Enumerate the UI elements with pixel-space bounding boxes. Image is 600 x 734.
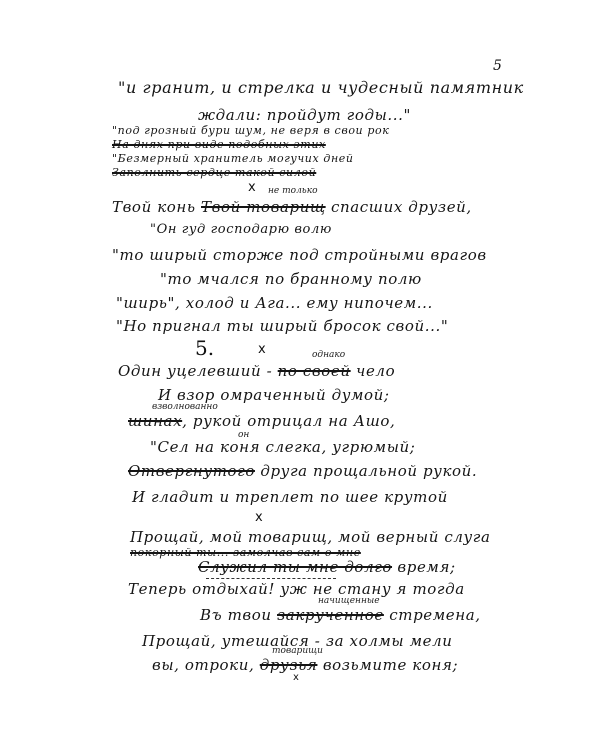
manuscript-line: "Но пригнал ты ширый бросок свой..." bbox=[116, 317, 448, 335]
page-number: 5 bbox=[493, 58, 502, 74]
line-fragment: "Сел на коня bbox=[150, 438, 260, 456]
line-fragment: слегка, угрюмый; bbox=[266, 438, 416, 456]
manuscript-line: Твой конь Твой товарищ спасших друзей, bbox=[112, 198, 472, 216]
cross-mark: x bbox=[248, 180, 256, 195]
manuscript-line: вы, отроки, друзья возьмите коня; bbox=[152, 656, 458, 674]
struck-fragment: Твой товарищ bbox=[201, 198, 326, 216]
line-fragment: спасших друзей, bbox=[331, 198, 472, 216]
line-fragment: возьмите коня; bbox=[323, 656, 458, 674]
struck-fragment: закрученное bbox=[277, 606, 384, 624]
dashed-underline bbox=[206, 578, 336, 579]
manuscript-line: "Сел на коня слегка, угрюмый; bbox=[150, 438, 415, 456]
cross-mark: x bbox=[258, 342, 266, 357]
struck-fragment: Отвергнутого bbox=[128, 462, 255, 480]
line-fragment: чело bbox=[356, 362, 395, 380]
interlinear-insertion: начищенные bbox=[318, 596, 380, 606]
manuscript-line: Служил ты мне долго время; bbox=[198, 558, 456, 576]
manuscript-line: "Безмерный хранитель могучих дней bbox=[112, 152, 354, 165]
struck-fragment: друзья bbox=[260, 656, 318, 674]
manuscript-line: "то ширый сторже под стройными врагов bbox=[112, 246, 487, 264]
struck-line: На днях при виде подобных этих bbox=[112, 138, 326, 151]
line-fragment: Твой конь bbox=[112, 198, 196, 216]
manuscript-line: "то мчался по бранному полю bbox=[160, 270, 422, 288]
manuscript-line: Въ твои закрученное стремена, bbox=[200, 606, 481, 624]
struck-line: Заполнить сердце такой силой bbox=[112, 166, 316, 179]
line-fragment: друга прощальной рукой. bbox=[260, 462, 477, 480]
manuscript-page: 5 "и гранит, и стрелка и чудесный памятн… bbox=[0, 0, 600, 734]
cross-mark: x bbox=[255, 510, 263, 525]
manuscript-line: "под грозный бури шум, не веря в свои ро… bbox=[112, 124, 389, 137]
struck-fragment: шинах bbox=[128, 412, 182, 430]
manuscript-line: ждали: пройдут годы..." bbox=[198, 106, 411, 124]
manuscript-line: Один уцелевший - по своей чело bbox=[118, 362, 395, 380]
line-fragment: Въ твои bbox=[200, 606, 272, 624]
manuscript-line: Прощай, мой товарищ, мой верный слуга bbox=[130, 528, 491, 546]
section-number: 5. bbox=[195, 336, 214, 360]
interlinear-insertion: не только bbox=[268, 186, 318, 196]
struck-fragment: по своей bbox=[278, 362, 351, 380]
interlinear-insertion: однако bbox=[312, 350, 345, 360]
line-fragment: Один уцелевший - bbox=[118, 362, 272, 380]
line-fragment: , рукой отрицал на Ашо, bbox=[182, 412, 395, 430]
interlinear-insertion: взволнованно bbox=[152, 402, 218, 412]
interlinear-insertion: товарищи bbox=[272, 646, 323, 656]
manuscript-line: Отвергнутого друга прощальной рукой. bbox=[128, 462, 477, 480]
manuscript-line: "ширь", холод и Ага... ему нипочем... bbox=[116, 294, 433, 312]
manuscript-line: Теперь отдыхай! уж не стану я тогда bbox=[128, 580, 465, 598]
struck-fragment: Служил ты мне долго bbox=[198, 558, 392, 576]
manuscript-line: "и гранит, и стрелка и чудесный памятник bbox=[118, 78, 524, 97]
cross-mark: x bbox=[293, 672, 299, 683]
manuscript-line: шинах, рукой отрицал на Ашо, bbox=[128, 412, 395, 430]
line-fragment: вы, отроки, bbox=[152, 656, 254, 674]
line-fragment: стремена, bbox=[389, 606, 480, 624]
line-fragment: время; bbox=[397, 558, 455, 576]
manuscript-line: "Он гуд господарю волю bbox=[150, 222, 332, 237]
manuscript-line: И гладит и треплет по шее крутой bbox=[132, 488, 448, 506]
